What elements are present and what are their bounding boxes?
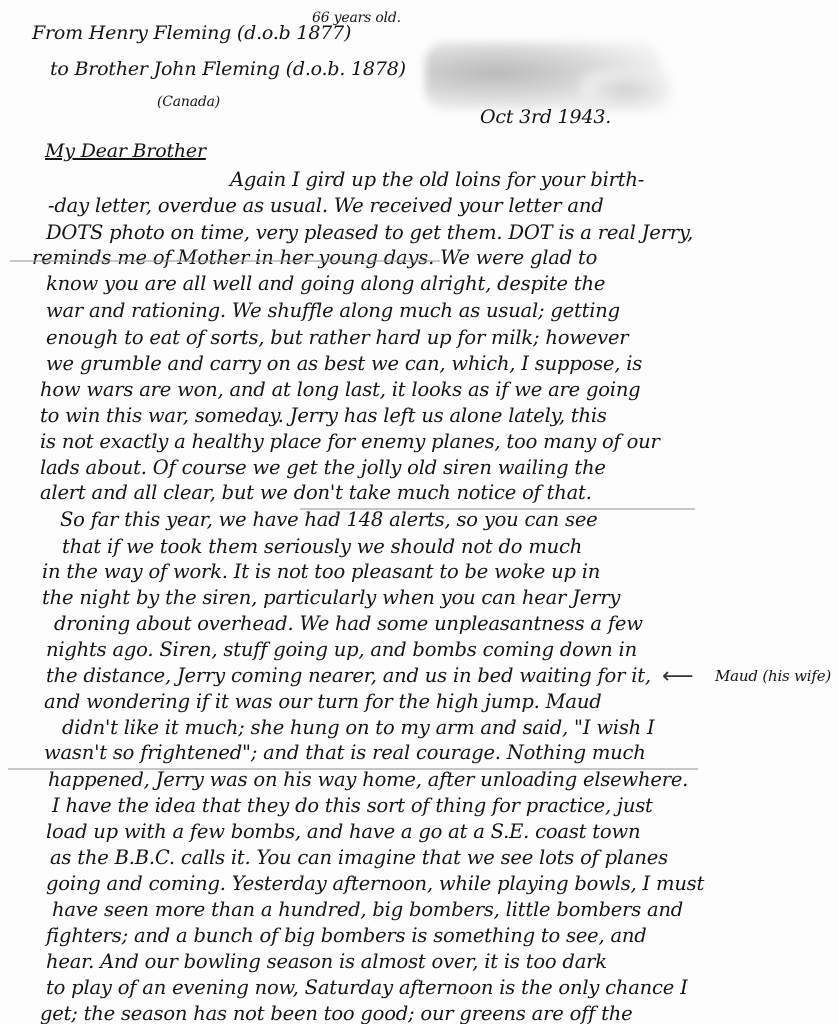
letter-line: wasn't so frightened"; and that is real … bbox=[44, 741, 646, 764]
letter-line: the night by the siren, particularly whe… bbox=[42, 586, 620, 609]
letter-line: hear. And our bowling season is almost o… bbox=[46, 950, 607, 973]
letter-line: how wars are won, and at long last, it l… bbox=[40, 378, 640, 401]
header-to-location: (Canada) bbox=[157, 94, 220, 110]
letter-line: Again I gird up the old loins for your b… bbox=[230, 168, 644, 191]
letter-line: we grumble and carry on as best we can, … bbox=[46, 352, 642, 375]
letter-line: the distance, Jerry coming nearer, and u… bbox=[46, 664, 651, 687]
redacted-address-blur-secondary bbox=[580, 70, 670, 110]
letter-line: going and coming. Yesterday afternoon, w… bbox=[46, 872, 704, 895]
letter-line: and wondering if it was our turn for the… bbox=[44, 690, 601, 713]
letter-line: didn't like it much; she hung on to my a… bbox=[62, 716, 655, 739]
letter-line: know you are all well and going along al… bbox=[46, 272, 605, 295]
letter-line: -day letter, overdue as usual. We receiv… bbox=[48, 194, 604, 217]
letter-line: So far this year, we have had 148 alerts… bbox=[60, 508, 598, 531]
header-from-line: From Henry Fleming (d.o.b 1877) bbox=[32, 22, 351, 44]
letter-line: I have the idea that they do this sort o… bbox=[52, 794, 653, 817]
letter-line: to play of an evening now, Saturday afte… bbox=[46, 976, 688, 999]
letter-line: war and rationing. We shuffle along much… bbox=[46, 299, 620, 322]
letter-line: fighters; and a bunch of big bombers is … bbox=[46, 924, 647, 947]
letter-line: reminds me of Mother in her young days. … bbox=[32, 246, 597, 269]
margin-note: Maud (his wife) bbox=[715, 667, 831, 685]
letter-line: droning about overhead. We had some unpl… bbox=[54, 612, 643, 635]
scan-rule-1 bbox=[10, 260, 440, 262]
letter-line: as the B.B.C. calls it. You can imagine … bbox=[50, 846, 668, 869]
left-arrow-icon: ⟵ bbox=[662, 664, 694, 689]
letter-line: get; the season has not been too good; o… bbox=[40, 1002, 632, 1024]
letter-date: Oct 3rd 1943. bbox=[480, 106, 611, 128]
letter-line: in the way of work. It is not too pleasa… bbox=[42, 560, 600, 583]
letter-line: load up with a few bombs, and have a go … bbox=[46, 820, 640, 843]
letter-line: to win this war, someday. Jerry has left… bbox=[40, 404, 607, 427]
header-age-note: 66 years old. bbox=[312, 10, 401, 26]
letter-page: From Henry Fleming (d.o.b 1877) 66 years… bbox=[0, 0, 839, 1024]
letter-line: enough to eat of sorts, but rather hard … bbox=[46, 326, 628, 349]
salutation: My Dear Brother bbox=[45, 140, 206, 162]
letter-line: alert and all clear, but we don't take m… bbox=[40, 481, 592, 504]
scan-rule-2 bbox=[300, 508, 695, 510]
letter-line: nights ago. Siren, stuff going up, and b… bbox=[46, 638, 637, 661]
scan-rule-3 bbox=[8, 768, 698, 770]
letter-line: lads about. Of course we get the jolly o… bbox=[40, 456, 606, 479]
letter-line: that if we took them seriously we should… bbox=[62, 535, 582, 558]
letter-line: is not exactly a healthy place for enemy… bbox=[40, 430, 660, 453]
letter-line: have seen more than a hundred, big bombe… bbox=[52, 898, 683, 921]
letter-line: happened, Jerry was on his way home, aft… bbox=[48, 768, 688, 791]
header-to-line: to Brother John Fleming (d.o.b. 1878) bbox=[50, 58, 406, 80]
letter-line: DOTS photo on time, very pleased to get … bbox=[46, 221, 693, 244]
